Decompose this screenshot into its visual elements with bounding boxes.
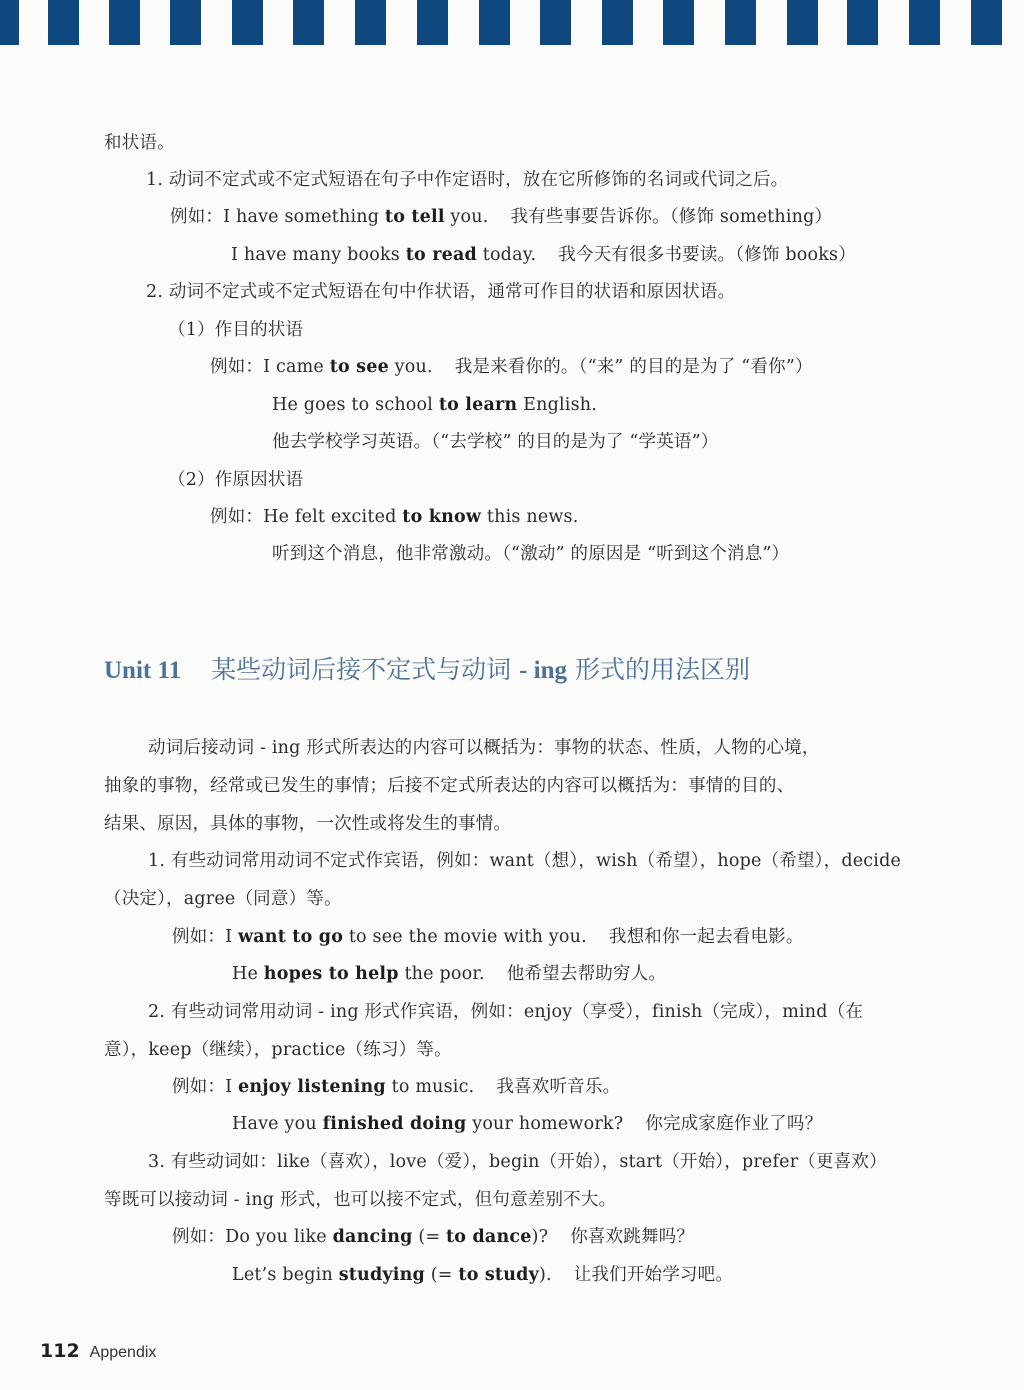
header-stripe	[109, 0, 140, 45]
example-line: 例如：I have something to tell you.我有些事要告诉你…	[170, 205, 832, 229]
example-text: I	[225, 927, 238, 947]
header-stripe	[479, 0, 510, 45]
example-bold: to study	[458, 1265, 539, 1285]
example-text: I have many books	[231, 245, 406, 265]
example-line: 例如：He felt excited to know this news.	[210, 505, 579, 529]
subpoint-title: （1）作目的状语	[168, 318, 303, 342]
example-label: 例如：	[210, 507, 263, 527]
point-3-line: 等既可以接动词 - ing 形式，也可以接不定式，但句意差别不大。	[104, 1188, 616, 1212]
example-text: Let’s begin	[232, 1265, 339, 1285]
example-text: (=	[413, 1227, 446, 1247]
point-1-line: 1. 有些动词常用动词不定式作宾语，例如：want（想），wish（希望），ho…	[148, 849, 901, 873]
header-stripe	[909, 0, 940, 45]
example-bold: to know	[402, 507, 481, 527]
example-translation: 听到这个消息，他非常激动。（“激动” 的原因是 “听到这个消息”）	[272, 542, 789, 566]
example-label: 例如：	[172, 927, 225, 947]
header-stripe	[787, 0, 818, 45]
example-text: to see the movie with you.	[343, 927, 587, 947]
example-label: 例如：	[172, 1077, 225, 1097]
page-number: 112	[40, 1340, 80, 1362]
example-line: Let’s begin studying (= to study).让我们开始学…	[232, 1263, 733, 1287]
example-line: 例如：I want to go to see the movie with yo…	[172, 925, 804, 949]
example-line: He goes to school to learn English.	[272, 393, 597, 417]
example-translation: 我想和你一起去看电影。	[609, 927, 804, 947]
example-text: your homework?	[466, 1114, 623, 1134]
example-translation: 他去学校学习英语。（“去学校” 的目的是为了 “学英语”）	[272, 430, 718, 454]
point-2-text: 2. 动词不定式或不定式短语在句中作状语，通常可作目的状语和原因状语。	[146, 280, 735, 304]
example-translation: 让我们开始学习吧。	[574, 1265, 733, 1285]
point-3-line: 3. 有些动词如：like（喜欢），love（爱），begin（开始），star…	[148, 1150, 887, 1174]
example-line: 例如：Do you like dancing (= to dance)?你喜欢跳…	[172, 1225, 694, 1249]
continued-text: 和状语。	[104, 131, 175, 155]
unit-title: 形式的用法区别	[567, 655, 750, 684]
unit-heading: Unit 11某些动词后接不定式与动词 - ing 形式的用法区别	[104, 652, 750, 689]
point-2-line: 意），keep（继续），practice（练习）等。	[104, 1038, 452, 1062]
example-text: Do you like	[225, 1227, 333, 1247]
header-stripe	[540, 0, 571, 45]
intro-paragraph-line: 抽象的事物，经常或已发生的事情；后接不定式所表达的内容可以概括为：事情的目的、	[104, 774, 794, 798]
example-bold: to learn	[439, 395, 518, 415]
point-2-line: 2. 有些动词常用动词 - ing 形式作宾语，例如：enjoy（享受），fin…	[148, 1000, 863, 1024]
header-stripe	[232, 0, 263, 45]
header-stripe	[417, 0, 448, 45]
example-label: 例如：	[172, 1227, 225, 1247]
example-bold: dancing	[333, 1227, 413, 1247]
example-bold: to tell	[385, 207, 445, 227]
example-bold: enjoy listening	[238, 1077, 386, 1097]
example-bold: to read	[406, 245, 477, 265]
header-stripe	[663, 0, 694, 45]
point-1-text: 1. 动词不定式或不定式短语在句子中作定语时，放在它所修饰的名词或代词之后。	[146, 168, 788, 192]
example-text: you.	[389, 357, 433, 377]
example-translation: 我今天有很多书要读。（修饰 books）	[558, 245, 856, 265]
example-line: I have many books to read today.我今天有很多书要…	[231, 243, 856, 267]
decorative-header-stripes	[0, 0, 1024, 46]
example-text: He	[232, 964, 264, 984]
section-name: Appendix	[90, 1344, 157, 1361]
example-text: the poor.	[399, 964, 485, 984]
example-text: English.	[517, 395, 597, 415]
unit-title-ing: - ing	[519, 657, 567, 684]
header-stripe	[293, 0, 324, 45]
header-stripe	[602, 0, 633, 45]
header-stripe	[0, 0, 19, 45]
example-line: 例如：I enjoy listening to music.我喜欢听音乐。	[172, 1075, 620, 1099]
header-stripe	[170, 0, 201, 45]
example-translation: 我是来看你的。（“来” 的目的是为了 “看你”）	[455, 357, 813, 377]
example-text: ).	[539, 1265, 552, 1285]
example-text: today.	[477, 245, 536, 265]
example-translation: 他希望去帮助穷人。	[507, 964, 666, 984]
example-bold: hopes to help	[264, 964, 399, 984]
subpoint-title: （2）作原因状语	[168, 468, 303, 492]
example-line: He hopes to help the poor.他希望去帮助穷人。	[232, 962, 666, 986]
example-translation: 你完成家庭作业了吗？	[645, 1114, 822, 1134]
example-text: to music.	[386, 1077, 475, 1097]
example-text: I came	[263, 357, 330, 377]
header-stripe	[971, 0, 1002, 45]
example-text: He felt excited	[263, 507, 402, 527]
header-stripe	[847, 0, 878, 45]
example-text: you.	[445, 207, 489, 227]
example-text: I	[225, 1077, 238, 1097]
intro-paragraph-line: 结果、原因，具体的事物，一次性或将发生的事情。	[104, 812, 511, 836]
example-text: I have something	[223, 207, 385, 227]
example-text: )?	[532, 1227, 549, 1247]
example-bold: to see	[330, 357, 389, 377]
header-stripe	[355, 0, 386, 45]
example-bold: want to go	[238, 927, 343, 947]
example-label: 例如：	[210, 357, 263, 377]
header-stripe	[725, 0, 756, 45]
example-translation: 我有些事要告诉你。（修饰 something）	[511, 207, 833, 227]
example-line: Have you finished doing your homework?你完…	[232, 1112, 822, 1136]
unit-title: 某些动词后接不定式与动词	[211, 655, 519, 684]
unit-number: Unit 11	[104, 657, 181, 684]
example-bold: studying	[339, 1265, 425, 1285]
example-text: He goes to school	[272, 395, 439, 415]
example-line: 例如：I came to see you.我是来看你的。（“来” 的目的是为了 …	[210, 355, 813, 379]
example-translation: 我喜欢听音乐。	[496, 1077, 620, 1097]
example-bold: to dance	[446, 1227, 532, 1247]
example-text: this news.	[481, 507, 578, 527]
page-footer: 112Appendix	[40, 1340, 156, 1362]
intro-paragraph-line: 动词后接动词 - ing 形式所表达的内容可以概括为：事物的状态、性质，人物的心…	[148, 736, 820, 760]
example-label: 例如：	[170, 207, 223, 227]
point-1-line: （决定），agree（同意）等。	[104, 887, 342, 911]
example-translation: 你喜欢跳舞吗？	[570, 1227, 694, 1247]
header-stripe	[48, 0, 79, 45]
example-text: (=	[425, 1265, 458, 1285]
example-text: Have you	[232, 1114, 323, 1134]
example-bold: finished doing	[323, 1114, 467, 1134]
